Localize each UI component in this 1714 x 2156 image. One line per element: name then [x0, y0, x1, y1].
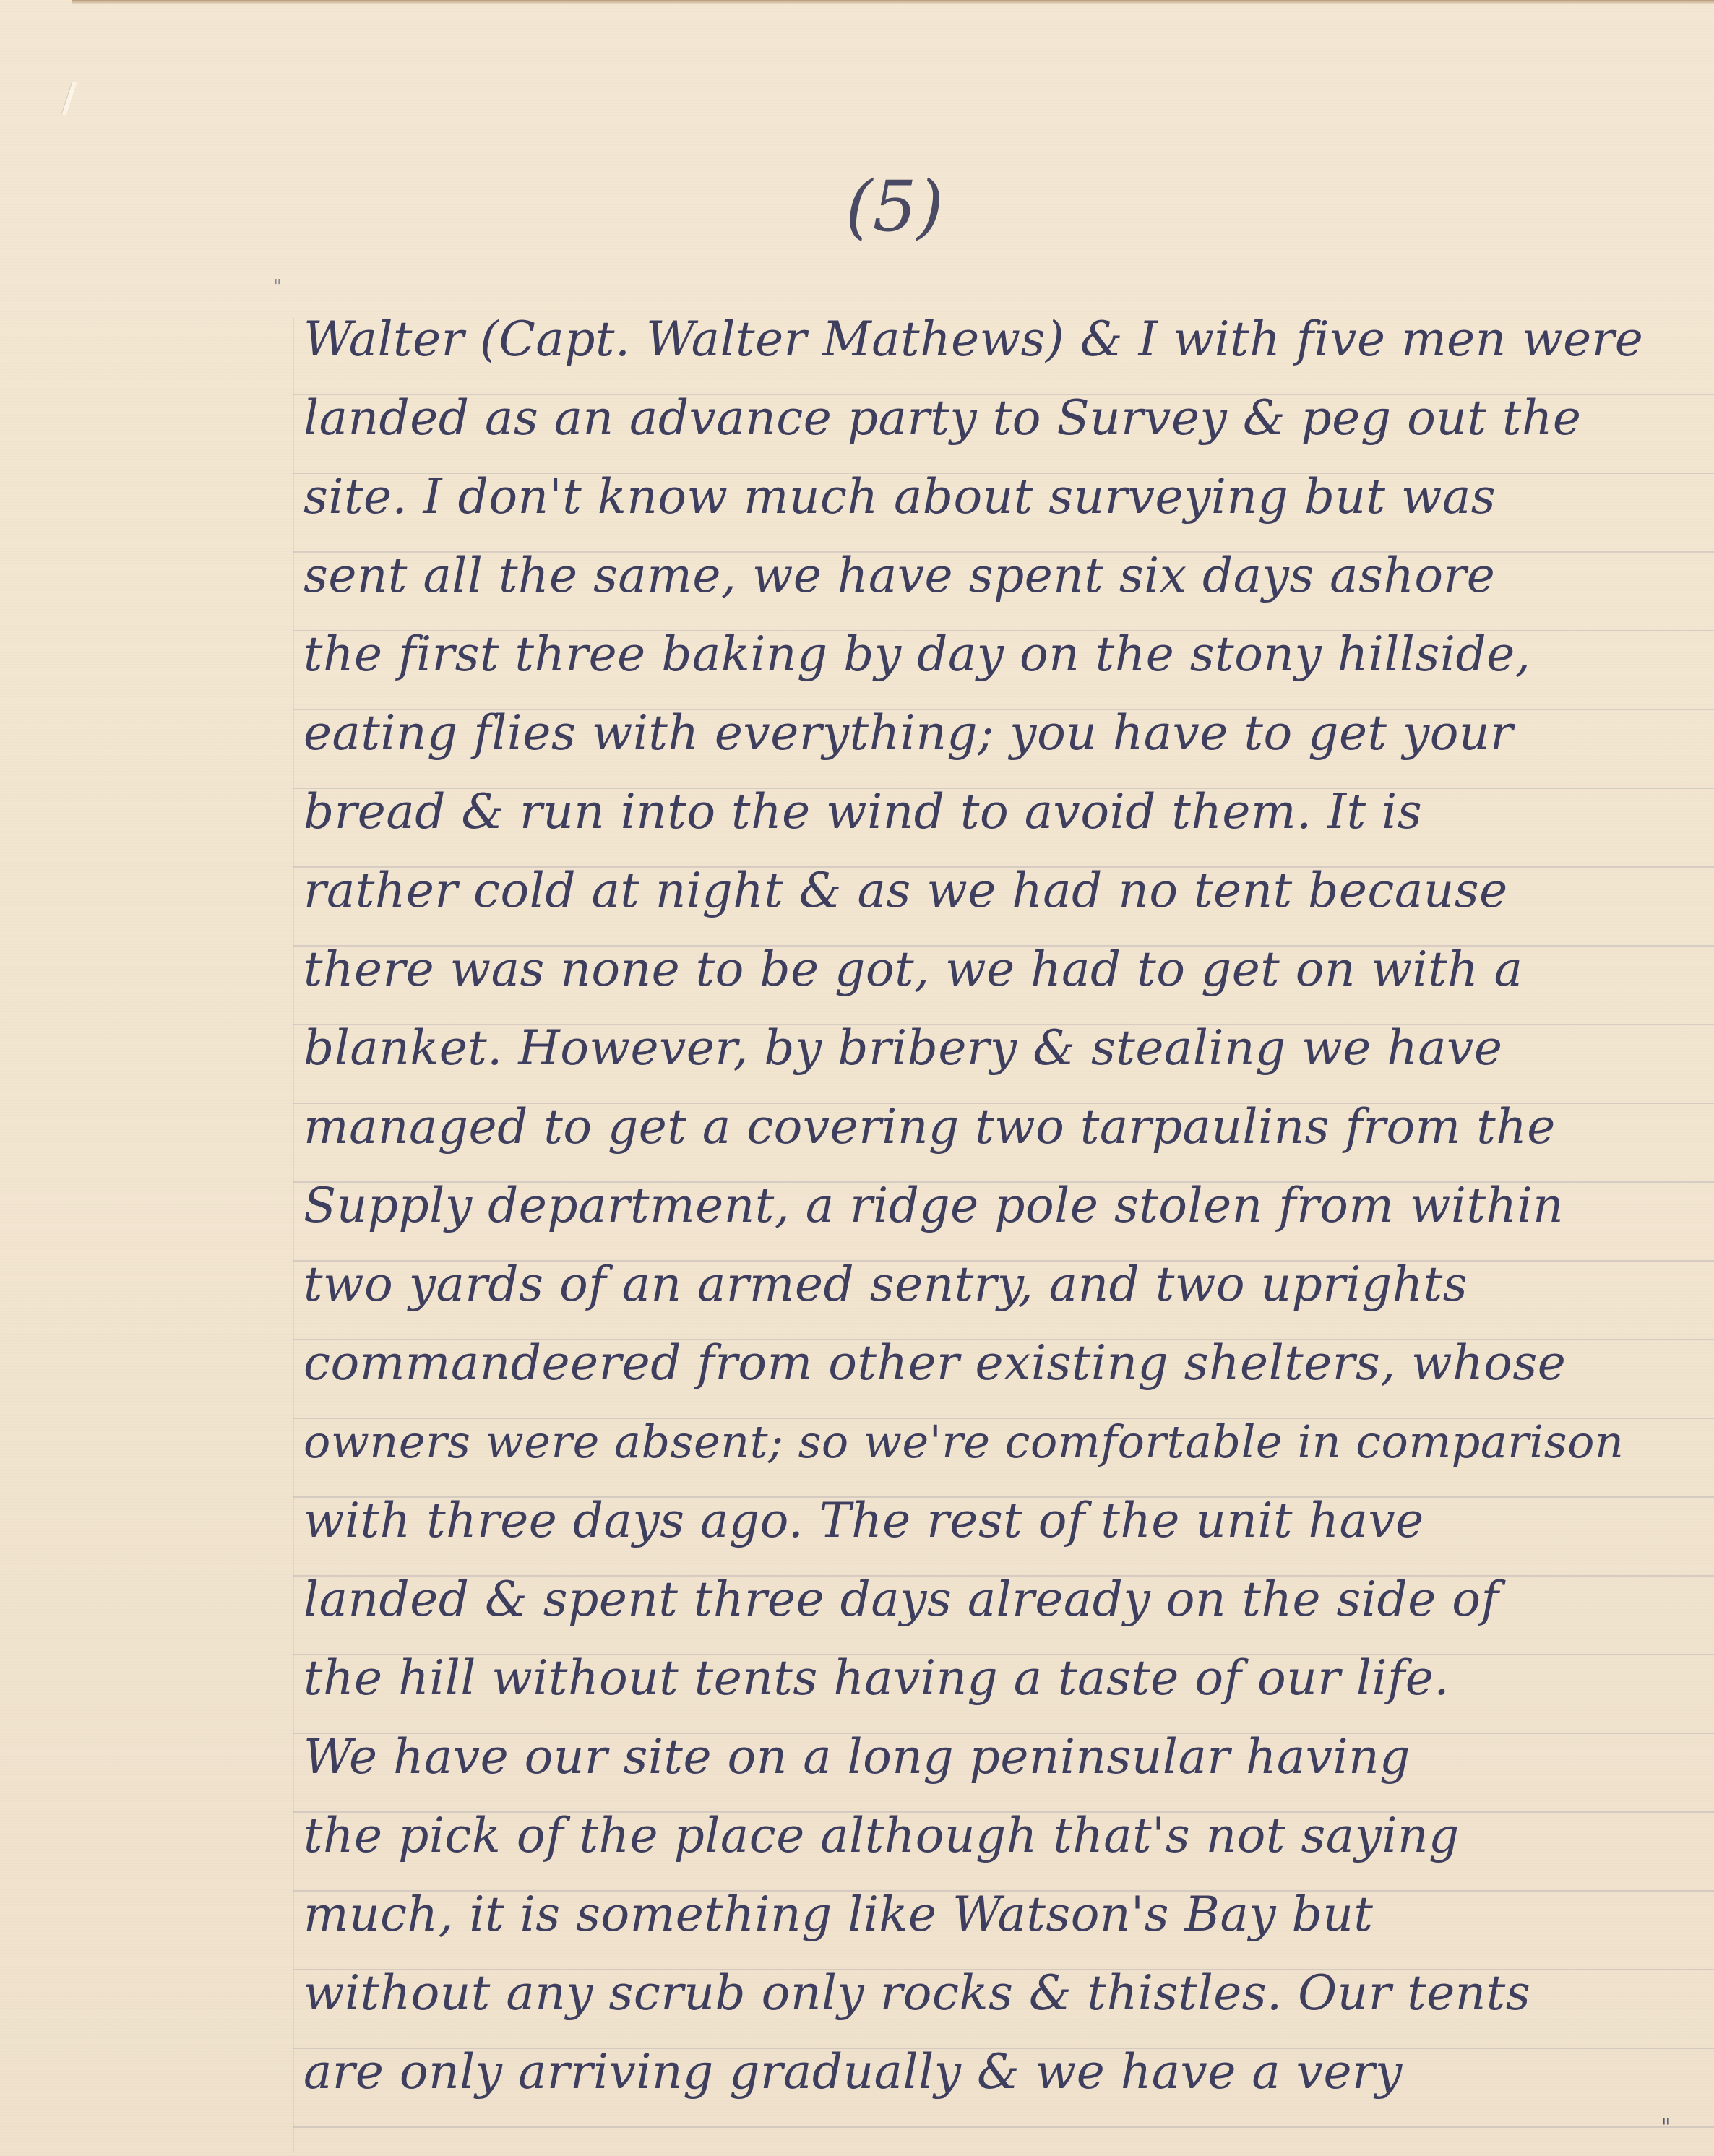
text-line: We have our site on a long peninsular ha…: [303, 1717, 1705, 1796]
text-line: landed as an advance party to Survey & p…: [303, 379, 1705, 457]
text-line: managed to get a covering two tarpaulins…: [303, 1087, 1705, 1166]
text-line: sent all the same, we have spent six day…: [303, 536, 1705, 615]
text-line: commandeered from other existing shelter…: [303, 1324, 1705, 1402]
text-line: with three days ago. The rest of the uni…: [303, 1481, 1705, 1560]
margin-line: [293, 318, 294, 2153]
text-line: two yards of an armed sentry, and two up…: [303, 1245, 1705, 1324]
text-line: eating flies with everything; you have t…: [303, 694, 1705, 772]
text-line: owners were absent; so we're comfortable…: [303, 1402, 1705, 1481]
text-line: bread & run into the wind to avoid them.…: [303, 772, 1705, 851]
ruled-line: [293, 2126, 1714, 2128]
text-line: the hill without tents having a taste of…: [303, 1639, 1705, 1717]
continuation-mark: ": [1661, 2113, 1671, 2141]
text-line: landed & spent three days already on the…: [303, 1560, 1705, 1639]
paper-crease-mark: [61, 81, 77, 116]
text-line: rather cold at night & as we had no tent…: [303, 851, 1705, 930]
margin-quote-mark: ": [273, 276, 282, 298]
text-line: much, it is something like Watson's Bay …: [303, 1875, 1705, 1954]
text-line: site. I don't know much about surveying …: [303, 457, 1705, 536]
text-line: Supply department, a ridge pole stolen f…: [303, 1166, 1705, 1245]
text-line: the pick of the place although that's no…: [303, 1796, 1705, 1875]
paper-top-edge: [72, 0, 1714, 4]
text-line: the first three baking by day on the sto…: [303, 615, 1705, 694]
text-line: are only arriving gradually & we have a …: [303, 2032, 1705, 2111]
text-line: blanket. However, by bribery & stealing …: [303, 1009, 1705, 1087]
text-line: without any scrub only rocks & thistles.…: [303, 1954, 1705, 2032]
page-number: (5): [845, 166, 944, 247]
letter-body: Walter (Capt. Walter Mathews) & I with f…: [303, 300, 1705, 2111]
text-line: there was none to be got, we had to get …: [303, 930, 1705, 1009]
text-line: Walter (Capt. Walter Mathews) & I with f…: [303, 300, 1705, 379]
letter-page: (5) " Walter (Capt. Walter Mathews) & I …: [0, 0, 1714, 2156]
